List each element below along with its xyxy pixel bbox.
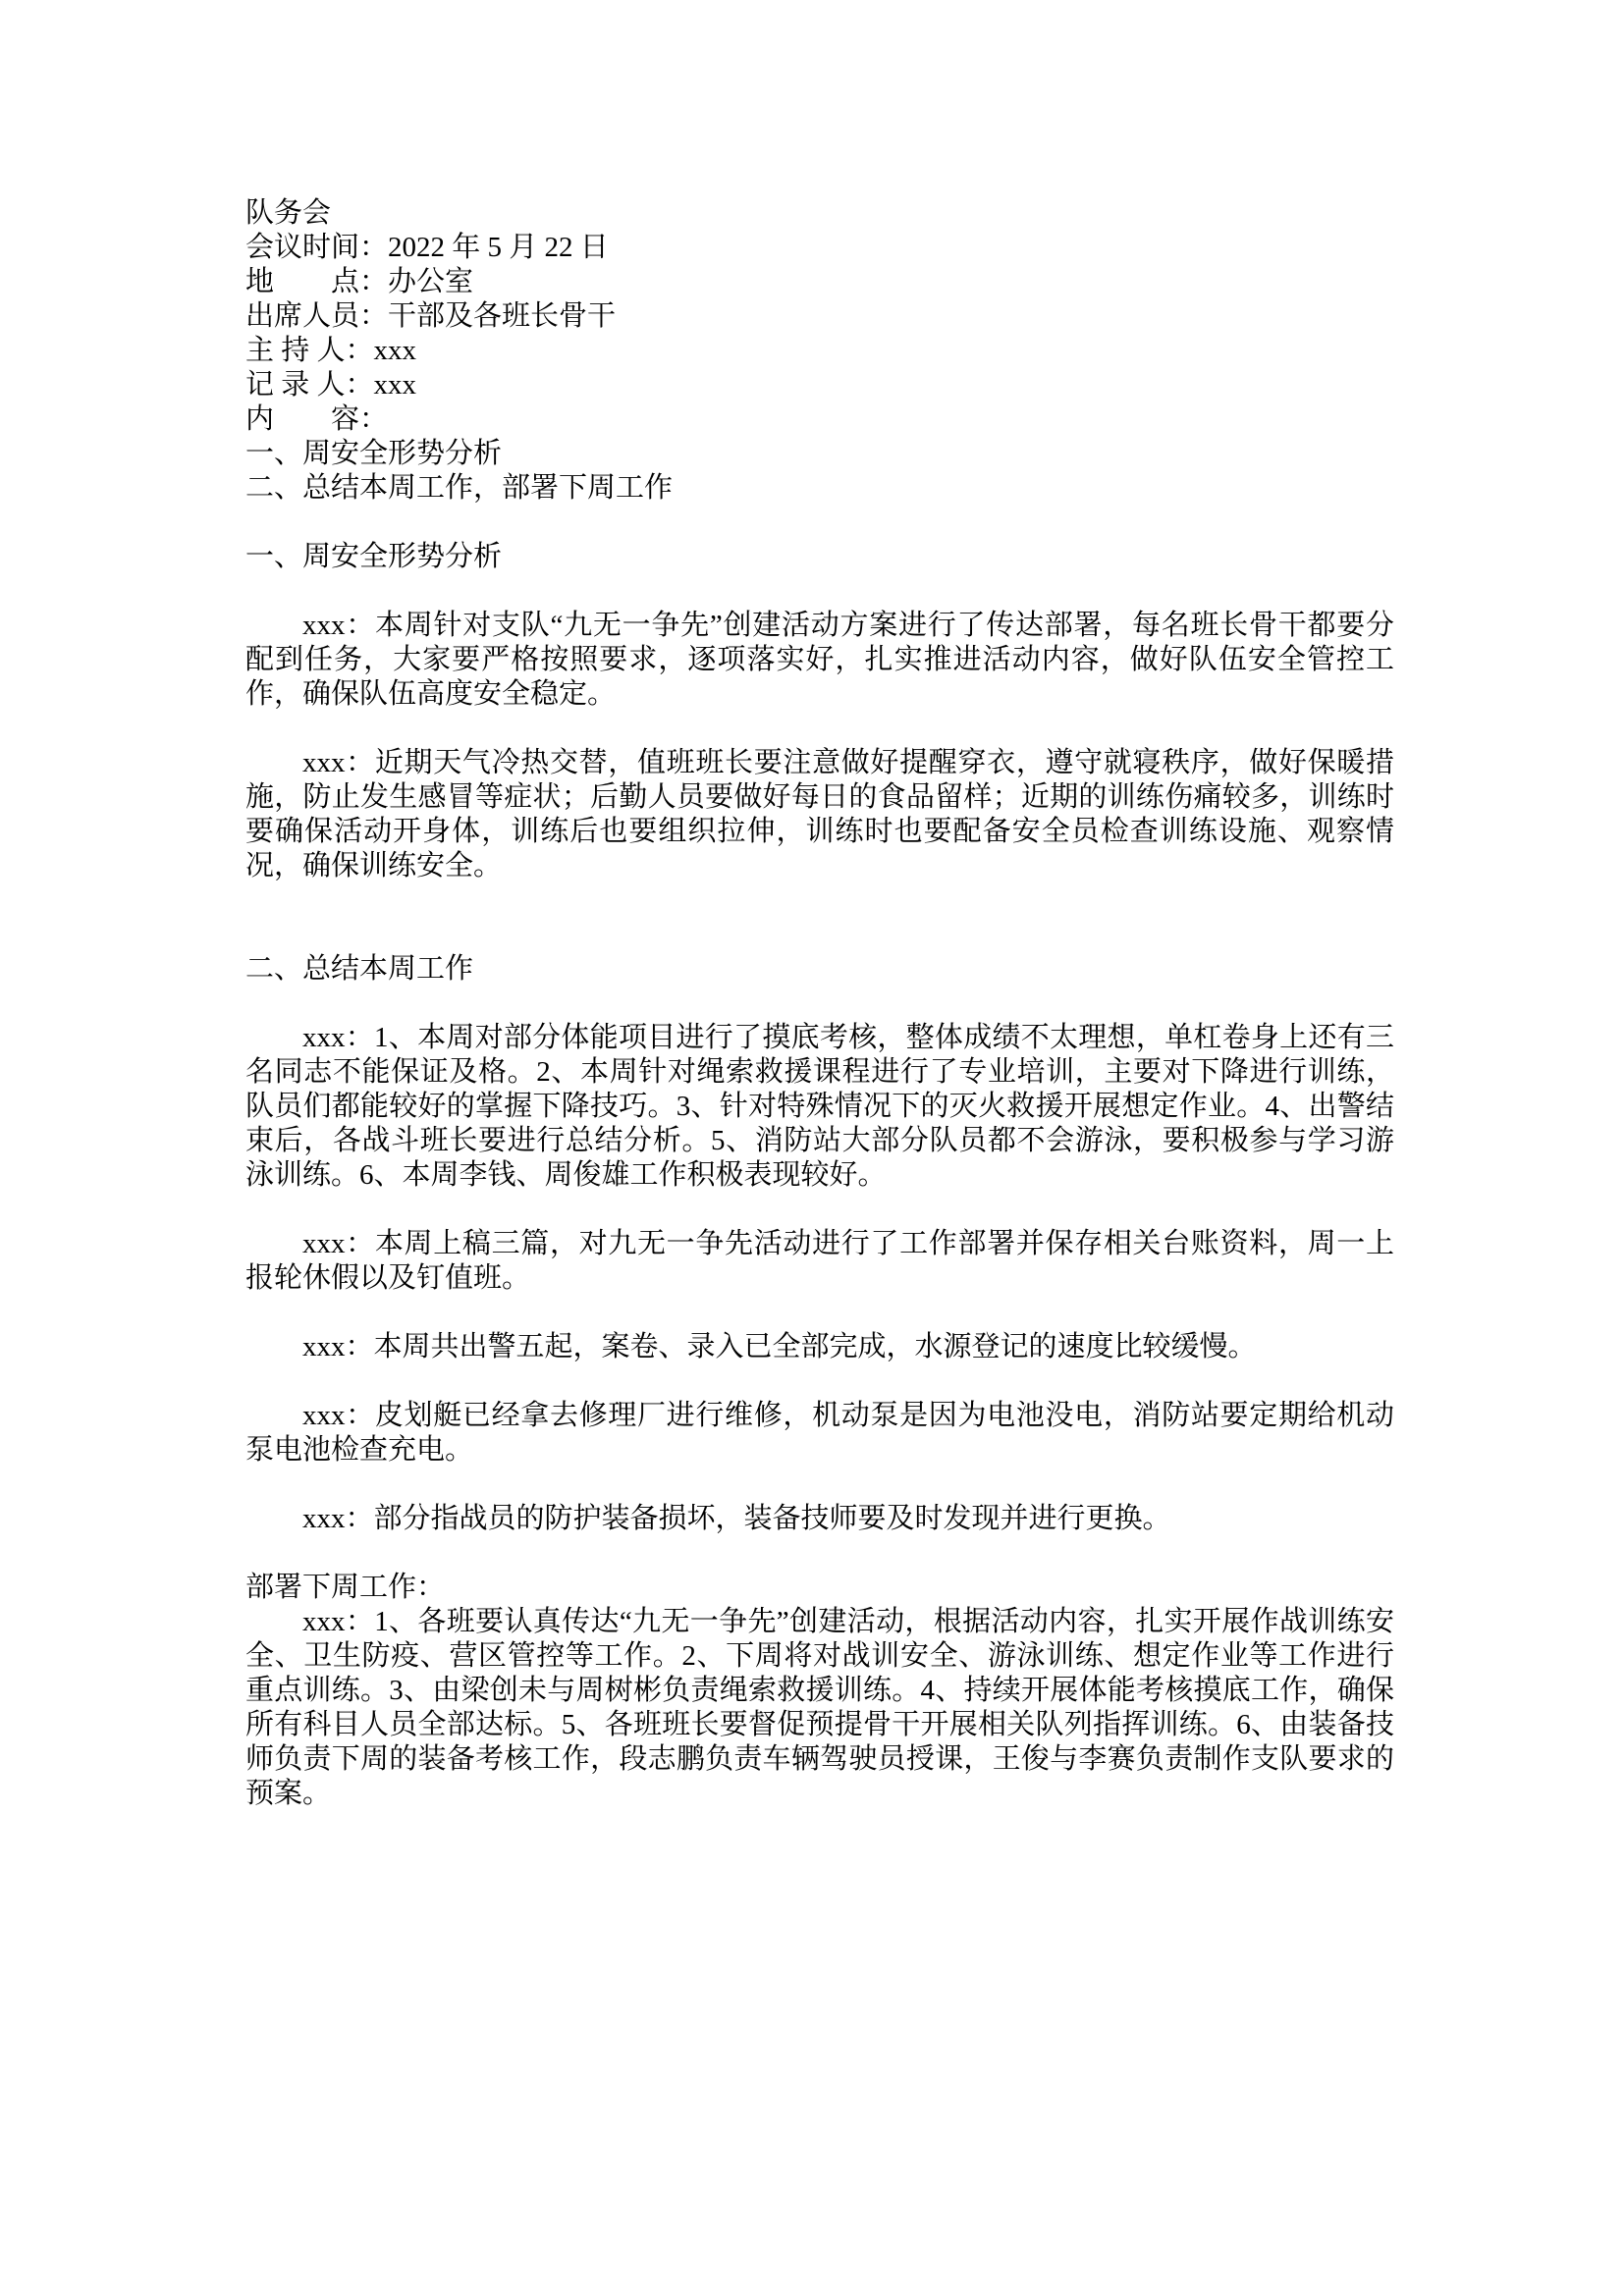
blank-line (245, 712, 1394, 746)
blank-line (245, 1536, 1394, 1571)
doc-line: 记 录 人：xxx (245, 368, 1394, 402)
blank-line (245, 1193, 1394, 1227)
doc-line: 队务会 (245, 196, 1394, 231)
doc-paragraph: xxx：近期天气冷热交替，值班班长要注意做好提醒穿衣，遵守就寝秩序，做好保暖措施… (245, 746, 1394, 883)
blank-line (245, 1468, 1394, 1502)
blank-line (245, 506, 1394, 540)
doc-paragraph: xxx：本周共出警五起，案卷、录入已全部完成，水源登记的速度比较缓慢。 (245, 1330, 1394, 1364)
document-content: 队务会会议时间：2022 年 5 月 22 日地 点：办公室出席人员：干部及各班… (245, 196, 1394, 1811)
doc-section-heading: 一、周安全形势分析 (245, 540, 1394, 574)
doc-section-heading: 二、总结本周工作 (245, 952, 1394, 987)
doc-paragraph: xxx：皮划艇已经拿去修理厂进行维修，机动泵是因为电池没电，消防站要定期给机动泵… (245, 1399, 1394, 1468)
document-page: 队务会会议时间：2022 年 5 月 22 日地 点：办公室出席人员：干部及各班… (0, 0, 1624, 2296)
doc-line: 一、周安全形势分析 (245, 437, 1394, 471)
blank-line (245, 574, 1394, 609)
blank-line (245, 1296, 1394, 1330)
blank-line (245, 1364, 1394, 1399)
doc-paragraph: xxx：部分指战员的防护装备损坏，装备技师要及时发现并进行更换。 (245, 1502, 1394, 1536)
blank-line (245, 883, 1394, 918)
doc-paragraph: xxx：1、本周对部分体能项目进行了摸底考核，整体成绩不太理想，单杠卷身上还有三… (245, 1021, 1394, 1193)
doc-line: 内 容： (245, 402, 1394, 437)
doc-line: 会议时间：2022 年 5 月 22 日 (245, 231, 1394, 265)
doc-line: 二、总结本周工作，部署下周工作 (245, 471, 1394, 506)
blank-line (245, 987, 1394, 1021)
doc-paragraph: xxx：1、各班要认真传达“九无一争先”创建活动，根据活动内容，扎实开展作战训练… (245, 1605, 1394, 1811)
doc-line: 地 点：办公室 (245, 265, 1394, 299)
doc-paragraph: xxx：本周针对支队“九无一争先”创建活动方案进行了传达部署，每名班长骨干都要分… (245, 609, 1394, 712)
doc-paragraph: xxx：本周上稿三篇，对九无一争先活动进行了工作部署并保存相关台账资料，周一上报… (245, 1227, 1394, 1296)
doc-line: 出席人员：干部及各班长骨干 (245, 299, 1394, 334)
doc-line: 主 持 人：xxx (245, 334, 1394, 368)
doc-section-heading: 部署下周工作： (245, 1571, 1394, 1605)
blank-line (245, 918, 1394, 952)
